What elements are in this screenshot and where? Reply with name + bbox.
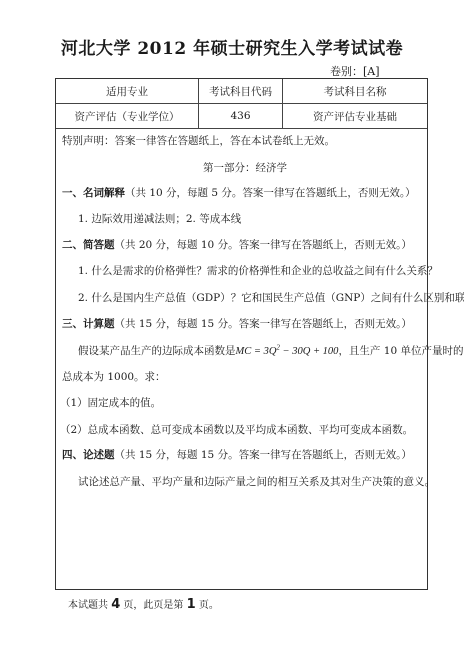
footer-suffix: 页。	[199, 600, 219, 611]
header-major: 适用专业	[56, 79, 199, 104]
section-3-rule: （共 15 分，每题 15 分。答案一律写在答题纸上，否则无效。）	[115, 318, 412, 330]
section-3-heading: 三、计算题（共 15 分，每题 15 分。答案一律写在答题纸上，否则无效。）	[62, 316, 412, 331]
section-3-num: 三、	[62, 318, 83, 330]
mc-formula: MC = 3Q2 − 30Q + 100	[236, 346, 339, 357]
section-3-intro: 假设某产品生产的边际成本函数是MC = 3Q2 − 30Q + 100，且生产 …	[78, 343, 463, 358]
section-4-heading: 四、论述题（共 15 分，每题 15 分。答案一律写在答题纸上，否则无效。）	[62, 447, 412, 462]
section-3-intro-line2: 总成本为 1000。求：	[62, 369, 166, 384]
footer-middle: 页，此页是第	[123, 600, 183, 611]
section-2-num: 二、	[62, 239, 83, 251]
section-2-item-2: 2. 什么是国内生产总值（GDP）？它和国民生产总值（GNP）之间有什么区别和联…	[78, 290, 464, 305]
paper-type-label: 卷别：[A]	[330, 63, 380, 79]
page-footer: 本试题共 4 页，此页是第 1 页。	[68, 596, 219, 612]
section-4-item-1: 试论述总产量、平均产量和边际产量之间的相互关系及其对生产决策的意义。	[78, 474, 435, 489]
footer-prefix: 本试题共	[68, 600, 108, 611]
section-1-name: 名词解释	[83, 187, 125, 199]
section-1-heading: 一、名词解释（共 10 分，每题 5 分。答案一律写在答题纸上，否则无效。）	[62, 185, 416, 200]
section-4-num: 四、	[62, 449, 83, 461]
exam-title: 河北大学 2012 年硕士研究生入学考试试卷	[0, 34, 464, 59]
section-1-num: 一、	[62, 187, 83, 199]
footer-total-pages: 4	[111, 597, 120, 612]
value-major: 资产评估（专业学位）	[56, 104, 199, 129]
section-3-intro-before: 假设某产品生产的边际成本函数是	[78, 345, 236, 357]
exam-frame: 适用专业 考试科目代码 考试科目名称 资产评估（专业学位） 436 资产评估专业…	[55, 78, 428, 590]
section-3-name: 计算题	[83, 318, 115, 330]
section-3-intro-after: ，且生产 10 单位产量时的	[338, 345, 463, 357]
value-subject-name: 资产评估专业基础	[283, 104, 428, 129]
header-subject-code: 考试科目代码	[199, 79, 283, 104]
footer-current-page: 1	[187, 597, 196, 612]
section-1-item-1: 1. 边际效用递减法则；2. 等成本线	[78, 211, 241, 226]
section-2-name: 简答题	[83, 239, 115, 251]
exam-info-table: 适用专业 考试科目代码 考试科目名称 资产评估（专业学位） 436 资产评估专业…	[56, 79, 427, 129]
info-value-row: 资产评估（专业学位） 436 资产评估专业基础	[56, 104, 427, 129]
section-4-name: 论述题	[83, 449, 115, 461]
section-2-rule: （共 20 分，每题 10 分。答案一律写在答题纸上，否则无效。）	[115, 239, 412, 251]
formula-lhs: MC = 3Q	[236, 346, 277, 357]
section-3-item-1: （1）固定成本的值。	[60, 395, 161, 410]
section-2-item-1: 1. 什么是需求的价格弹性？需求的价格弹性和企业的总收益之间有什么关系？	[78, 263, 438, 278]
section-1-rule: （共 10 分，每题 5 分。答案一律写在答题纸上，否则无效。）	[125, 187, 416, 199]
value-subject-code: 436	[199, 104, 283, 129]
section-3-item-2: （2）总成本函数、总可变成本函数以及平均成本函数、平均可变成本函数。	[60, 422, 413, 437]
formula-rhs: − 30Q + 100	[280, 346, 339, 357]
special-notice: 特别声明：答案一律答在答题纸上，答在本试卷纸上无效。	[62, 133, 335, 148]
header-subject-name: 考试科目名称	[283, 79, 428, 104]
part-title: 第一部分：经济学	[203, 160, 287, 175]
section-2-heading: 二、简答题（共 20 分，每题 10 分。答案一律写在答题纸上，否则无效。）	[62, 237, 412, 252]
section-4-rule: （共 15 分，每题 15 分。答案一律写在答题纸上，否则无效。）	[115, 449, 412, 461]
info-header-row: 适用专业 考试科目代码 考试科目名称	[56, 79, 427, 104]
